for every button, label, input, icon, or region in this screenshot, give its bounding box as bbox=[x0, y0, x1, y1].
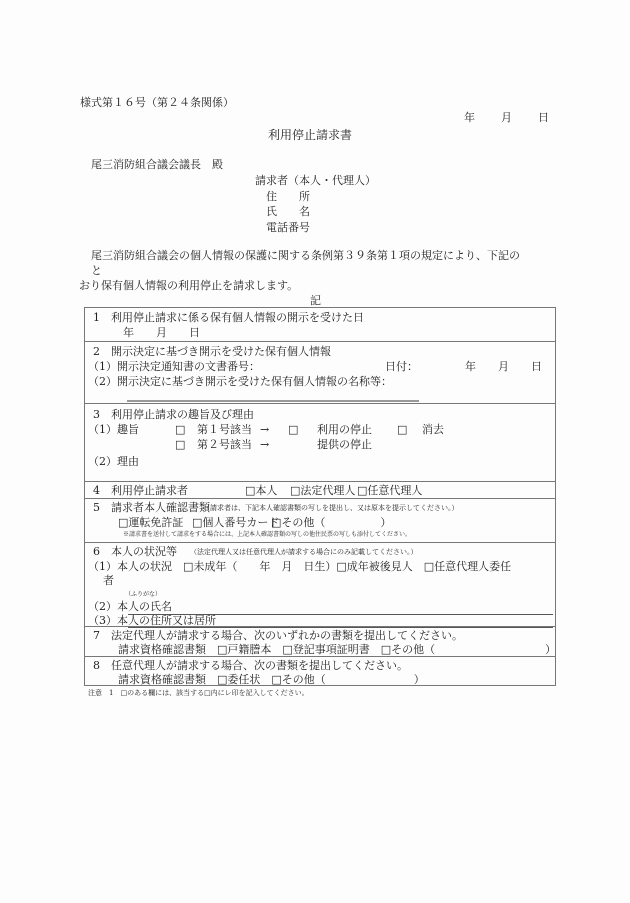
form-number: 様式第１６号（第２４条関係） bbox=[80, 96, 234, 109]
checkbox-item1[interactable]: □ bbox=[175, 423, 185, 436]
section-4: 4 利用停止請求者 □本人 □法定代理人 □任意代理人 bbox=[85, 481, 555, 499]
checkbox-item2[interactable]: □ bbox=[175, 438, 185, 451]
principal-name-label: （2）本人の氏名 bbox=[88, 600, 172, 613]
checkbox-legal-agent[interactable]: □法定代理人 bbox=[290, 484, 355, 497]
section-1-title: 1 利用停止請求に係る保有個人情報の開示を受けた日 bbox=[93, 311, 364, 324]
request-form-table: 1 利用停止請求に係る保有個人情報の開示を受けた日 年 月 日 2 開示決定に基… bbox=[84, 307, 556, 686]
section-6-note: （法定代理人又は任意代理人が請求する場合にのみ記載してください。） bbox=[190, 548, 418, 556]
phone-label: 電話番号 bbox=[266, 221, 310, 234]
section-8-title: 8 任意代理人が請求する場合、次の書類を提出してください。 bbox=[93, 659, 408, 672]
section-5-note: （請求者は、下記本人確認書類の写しを提出し、又は原本を提示してください。） bbox=[203, 504, 459, 512]
arrow-icon: → bbox=[260, 423, 269, 436]
date-label: 日付： bbox=[385, 360, 418, 373]
intro-line2: おり保有個人情報の利用停止を請求します。 bbox=[79, 279, 298, 292]
section-6: 6 本人の状況等 （法定代理人又は任意代理人が請求する場合にのみ記載してください… bbox=[85, 542, 555, 627]
checkbox-mynumber-card[interactable]: □個人番号カード bbox=[192, 516, 279, 529]
disclosure-date[interactable]: 年 月 日 bbox=[465, 360, 542, 373]
footer-note: 注意 1 □のある欄には、該当する□内にレ印を記入してください。 bbox=[88, 689, 309, 697]
section-5: 5 請求者本人確認書類 （請求者は、下記本人確認書類の写しを提出し、又は原本を提… bbox=[85, 498, 555, 543]
date-month: 月 bbox=[501, 111, 512, 124]
checkbox-drivers-license[interactable]: □運転免許証 bbox=[118, 516, 183, 529]
info-name-label: （2）開示決定に基づき開示を受けた保有個人情報の名称等： bbox=[88, 375, 392, 388]
name-label: 氏 名 bbox=[266, 205, 310, 218]
page-title: 利用停止請求書 bbox=[268, 128, 352, 142]
section-7-docs[interactable]: 請求資格確認書類 □戸籍謄本 □登記事項証明書 □その他（ ） bbox=[118, 643, 556, 656]
intro-line1: 尾三消防組合議会の個人情報の保護に関する条例第３９条第１項の規定により、下記の bbox=[91, 249, 520, 262]
section-3: 3 利用停止請求の趣旨及び理由 （1）趣旨 □ 第１号該当 → □ 利用の停止 … bbox=[85, 403, 555, 482]
erase-label: 消去 bbox=[422, 423, 444, 436]
section-8-docs[interactable]: 請求資格確認書類 □委任状 □その他（ ） bbox=[118, 673, 425, 686]
principal-status-wrap: 者 bbox=[103, 574, 114, 587]
requester-label: 請求者（本人・代理人） bbox=[255, 174, 376, 187]
checkbox-self[interactable]: □本人 bbox=[245, 484, 277, 497]
item1-label: 第１号該当 bbox=[197, 423, 252, 436]
arrow-icon: → bbox=[260, 438, 269, 451]
checkbox-voluntary-agent[interactable]: □任意代理人 bbox=[357, 484, 422, 497]
stop-use-label: 利用の停止 bbox=[317, 423, 372, 436]
date-year: 年 bbox=[464, 111, 475, 124]
date-day: 日 bbox=[538, 111, 549, 124]
section-2-title: 2 開示決定に基づき開示を受けた保有個人情報 bbox=[93, 345, 331, 358]
section-6-title: 6 本人の状況等 bbox=[93, 545, 177, 558]
section-7: 7 法定代理人が請求する場合、次のいずれかの書類を提出してください。 請求資格確… bbox=[85, 626, 555, 657]
checkbox-other-id[interactable]: □その他（ ） bbox=[271, 516, 391, 529]
furigana-label: （ふりがな） bbox=[125, 591, 161, 598]
addressee: 尾三消防組合議会議長 殿 bbox=[91, 158, 223, 171]
checkbox-stop-use[interactable]: □ bbox=[288, 423, 298, 436]
info-name-input-line[interactable] bbox=[127, 400, 419, 402]
stop-provision-label: 提供の停止 bbox=[317, 438, 372, 451]
doc-number-label: （1）開示決定通知書の文書番号： bbox=[88, 360, 260, 373]
section-2: 2 開示決定に基づき開示を受けた保有個人情報 （1）開示決定通知書の文書番号： … bbox=[85, 341, 555, 404]
section-7-title: 7 法定代理人が請求する場合、次のいずれかの書類を提出してください。 bbox=[93, 629, 463, 642]
reason-label: （2）理由 bbox=[88, 455, 139, 468]
section-3-title: 3 利用停止請求の趣旨及び理由 bbox=[93, 408, 254, 421]
ki-label: 記 bbox=[310, 294, 321, 307]
section-1: 1 利用停止請求に係る保有個人情報の開示を受けた日 年 月 日 bbox=[85, 308, 555, 341]
address-label: 住 所 bbox=[266, 190, 310, 203]
item2-label: 第２号該当 bbox=[197, 438, 252, 451]
section-4-title: 4 利用停止請求者 bbox=[93, 484, 188, 497]
checkbox-erase[interactable]: □ bbox=[397, 423, 407, 436]
section-5-title: 5 請求者本人確認書類 bbox=[93, 501, 210, 514]
section-8: 8 任意代理人が請求する場合、次の書類を提出してください。 請求資格確認書類 □… bbox=[85, 656, 555, 687]
section-5-mail-note: ※請求書を送付して請求をする場合には、上記本人確認書類の写しの他住民票の写しも添… bbox=[123, 531, 411, 538]
section-1-date[interactable]: 年 月 日 bbox=[123, 326, 200, 339]
principal-status[interactable]: （1）本人の状況 □未成年（ 年 月 日生）□成年被後見人 □任意代理人委任 bbox=[88, 560, 511, 573]
intro-line1-wrap: と bbox=[91, 264, 102, 277]
purpose-label: （1）趣旨 bbox=[88, 423, 139, 436]
